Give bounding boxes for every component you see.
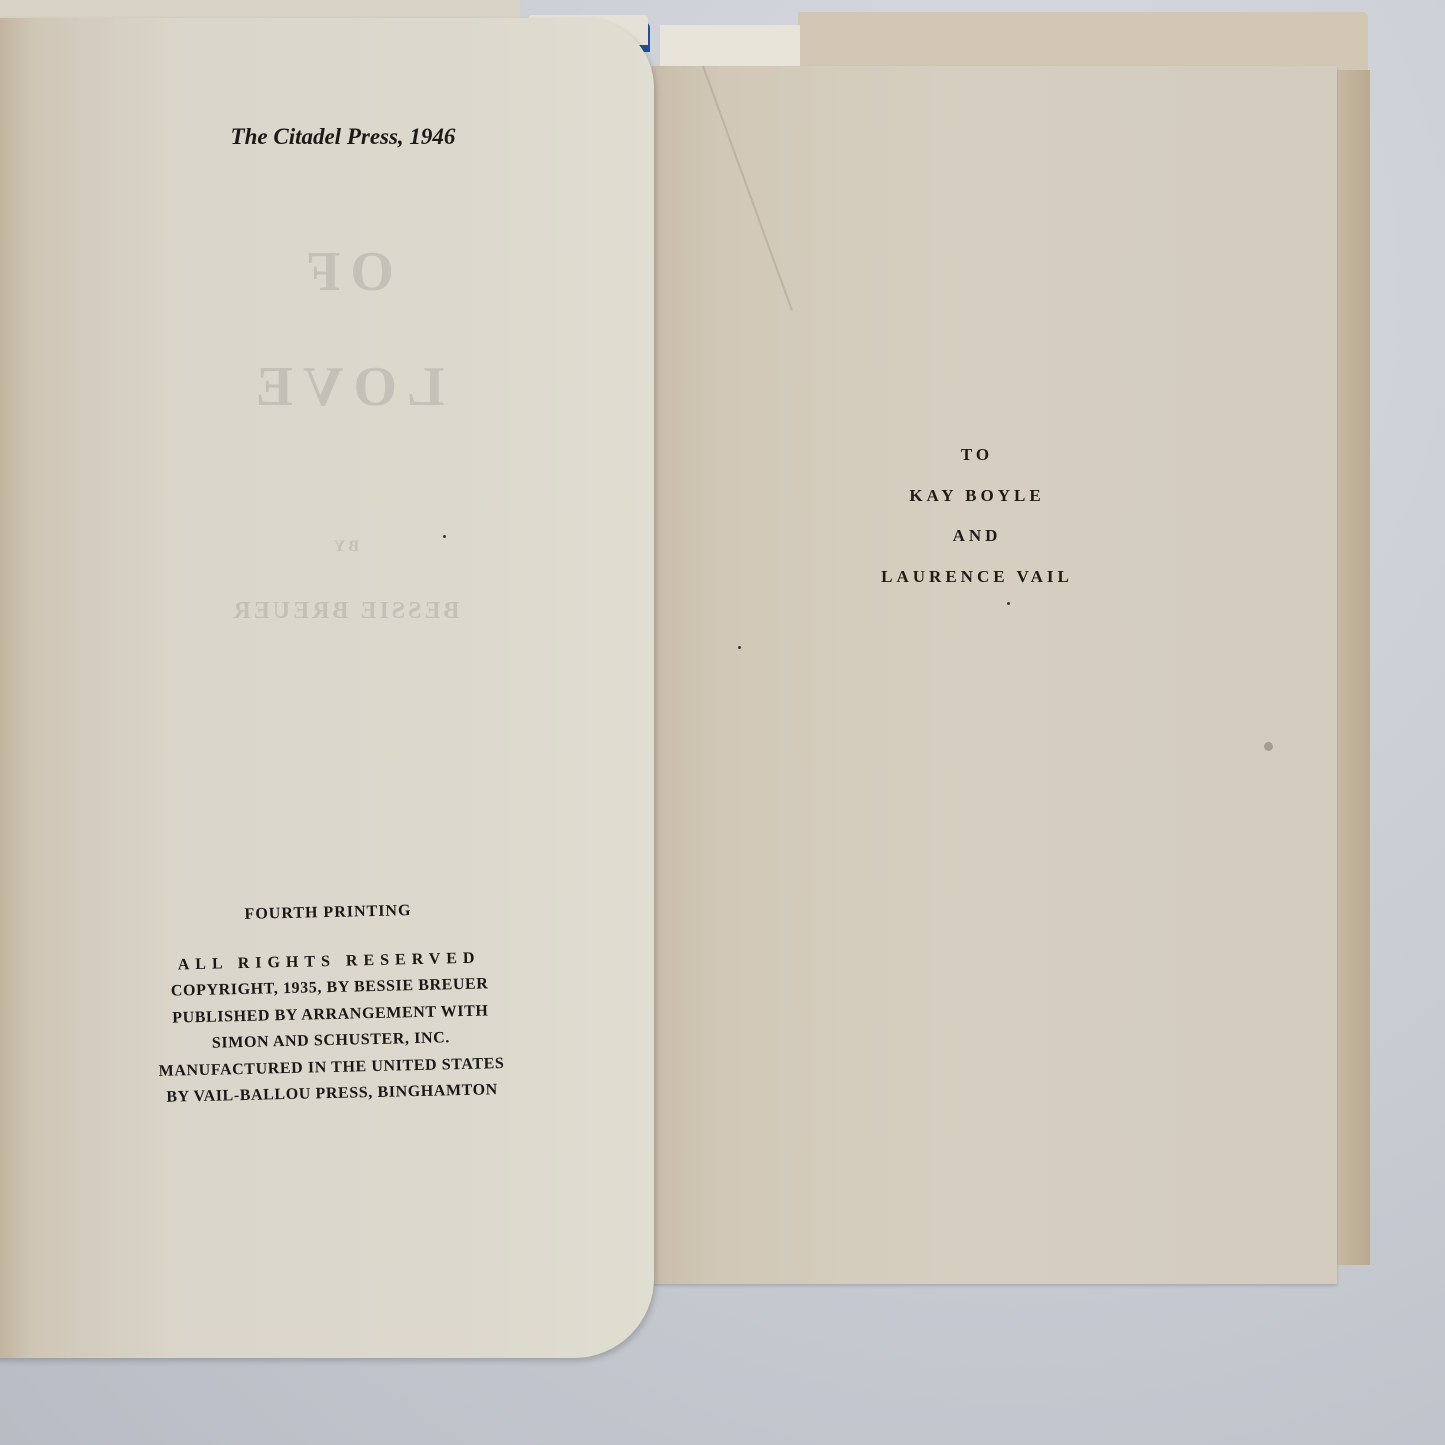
- publisher-line: The Citadel Press, 1946: [231, 124, 456, 150]
- dedication-page: [652, 66, 1337, 1284]
- dedication: TO KAY BOYLE AND LAURENCE VAIL: [881, 435, 1073, 597]
- show-through-text: BESSIE BREUER: [230, 598, 459, 625]
- page-crease: [702, 66, 793, 311]
- paper-speck: [738, 646, 741, 649]
- paper-speck: [1007, 602, 1010, 605]
- copyright-imprint: FOURTH PRINTING ALL RIGHTS RESERVED COPY…: [0, 893, 662, 1116]
- foxing-spot: [1264, 742, 1273, 751]
- dedication-line: KAY BOYLE: [881, 476, 1073, 517]
- dust-jacket-flap-right: [798, 12, 1368, 72]
- paper-speck: [443, 535, 446, 538]
- show-through-text: OF: [296, 240, 394, 304]
- show-through-text: BY: [331, 538, 359, 556]
- dedication-line: TO: [881, 435, 1073, 476]
- dust-jacket-torn-fragment: [660, 25, 800, 70]
- dedication-line: LAURENCE VAIL: [881, 557, 1073, 598]
- copyright-page: [0, 18, 654, 1358]
- dedication-line: AND: [881, 516, 1073, 557]
- show-through-text: LOVE: [246, 355, 445, 419]
